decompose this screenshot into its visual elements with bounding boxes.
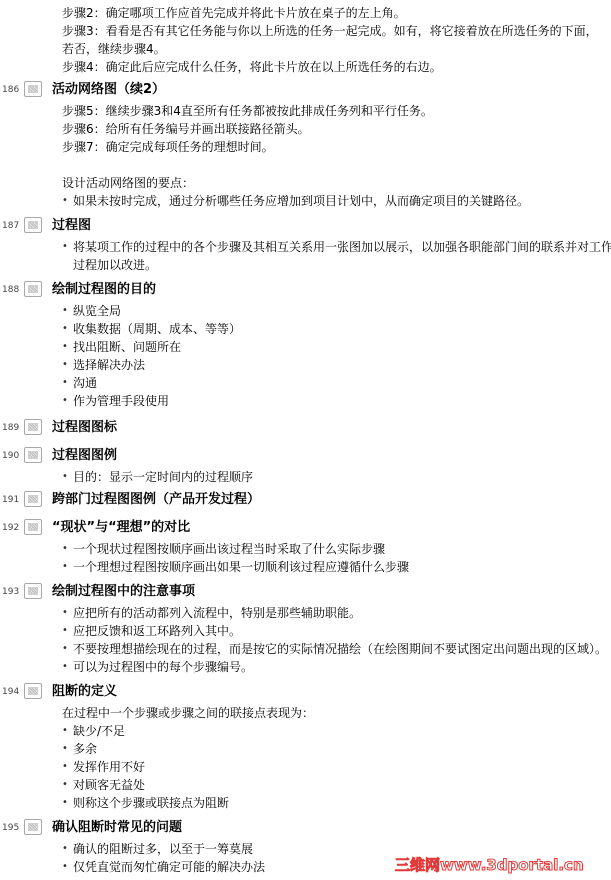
bullet-item: 如果未按时完成，通过分析哪些任务应增加到项目计划中，从而确定项目的关键路径。 [62, 192, 611, 210]
slide-192: 192 “现状”与“理想”的对比 一个现状过程图按顺序画出该过程当时采取了什么实… [0, 516, 611, 576]
slide-number: 195 [2, 823, 22, 833]
slide-thumbnail-icon[interactable] [24, 819, 42, 835]
slide-title: 过程图图标 [52, 419, 117, 437]
bullet-item: 发挥作用不好 [62, 758, 611, 776]
slide-title: 绘制过程图中的注意事项 [52, 583, 195, 601]
slide-190: 190 过程图图例 目的：显示一定时间内的过程顺序 [0, 444, 611, 486]
slide-186: 186 活动网络图（续2） 步骤5：继续步骤3和4直至所有任务都被按此排成任务列… [0, 78, 611, 210]
slide-title: 确认阻断时常见的问题 [52, 819, 182, 837]
bullet-item: 纵览全局 [62, 302, 611, 320]
slide-number: 189 [2, 423, 22, 433]
slide-number: 194 [2, 687, 22, 697]
slide-thumbnail-icon[interactable] [24, 491, 42, 507]
slide-outline-page: 步骤2：确定哪项工作应首先完成并将此卡片放在桌子的左上角。 步骤3：看看是否有其… [0, 0, 611, 876]
slide-187: 187 过程图 将某项工作的过程中的各个步骤及其相互关系用一张图加以展示，以加强… [0, 214, 611, 274]
slide-thumbnail-icon[interactable] [24, 419, 42, 435]
bullet-item: 选择解决办法 [62, 356, 611, 374]
slide-191: 191 跨部门过程图图例（产品开发过程） [0, 488, 611, 512]
definition-intro: 在过程中一个步骤或步骤之间的联接点表现为： [62, 704, 611, 722]
key-points-heading: 设计活动网络图的要点： [62, 174, 611, 192]
bullet-item: 一个理想过程图按顺序画出如果一切顺利该过程应遵循什么步骤 [62, 558, 611, 576]
bullet-item: 应把反馈和返工环路列入其中。 [62, 622, 611, 640]
slide-title: 绘制过程图的目的 [52, 281, 156, 299]
bullet-item: 对顾客无益处 [62, 776, 611, 794]
slide-title: 阻断的定义 [52, 683, 117, 701]
slide-number: 192 [2, 523, 22, 533]
slide-title: “现状”与“理想”的对比 [52, 519, 190, 537]
step-2-text: 步骤2：确定哪项工作应首先完成并将此卡片放在桌子的左上角。 [62, 4, 611, 22]
slide-185-continued-body: 步骤2：确定哪项工作应首先完成并将此卡片放在桌子的左上角。 步骤3：看看是否有其… [0, 0, 611, 76]
bullet-item: 将某项工作的过程中的各个步骤及其相互关系用一张图加以展示，以加强各职能部门间的联… [62, 238, 611, 274]
slide-number: 188 [2, 285, 22, 295]
bullet-item: 缺少/不足 [62, 722, 611, 740]
step-6-text: 步骤6：给所有任务编号并画出联接路径箭头。 [62, 120, 611, 138]
bullet-item: 应把所有的活动都列入流程中，特别是那些辅助职能。 [62, 604, 611, 622]
step-3-text: 步骤3：看看是否有其它任务能与你以上所选的任务一起完成。如有，将它接着放在所选任… [62, 22, 602, 58]
slide-188: 188 绘制过程图的目的 纵览全局 收集数据（周期、成本、等等） 找出阻断、问题… [0, 278, 611, 410]
step-7-text: 步骤7：确定完成每项任务的理想时间。 [62, 138, 611, 156]
slide-thumbnail-icon[interactable] [24, 519, 42, 535]
bullet-item: 可以为过程图中的每个步骤编号。 [62, 658, 611, 676]
slide-thumbnail-icon[interactable] [24, 683, 42, 699]
slide-number: 193 [2, 587, 22, 597]
slide-193: 193 绘制过程图中的注意事项 应把所有的活动都列入流程中，特别是那些辅助职能。… [0, 580, 611, 676]
slide-title: 活动网络图（续2） [52, 81, 165, 99]
site-watermark: 三维网www.3dportal.cn [395, 854, 584, 875]
bullet-item: 沟通 [62, 374, 611, 392]
bullet-item: 不要按理想描绘现在的过程，而是按它的实际情况描绘（在绘图期间不要试图定出问题出现… [62, 640, 611, 658]
slide-title: 过程图 [52, 217, 91, 235]
slide-number: 190 [2, 451, 22, 461]
slide-thumbnail-icon[interactable] [24, 281, 42, 297]
bullet-item: 作为管理手段使用 [62, 392, 611, 410]
slide-thumbnail-icon[interactable] [24, 217, 42, 233]
bullet-item: 一个现状过程图按顺序画出该过程当时采取了什么实际步骤 [62, 540, 611, 558]
slide-thumbnail-icon[interactable] [24, 583, 42, 599]
slide-194: 194 阻断的定义 在过程中一个步骤或步骤之间的联接点表现为： 缺少/不足 多余… [0, 680, 611, 812]
bullet-item: 收集数据（周期、成本、等等） [62, 320, 611, 338]
bullet-item: 多余 [62, 740, 611, 758]
blank-line [62, 156, 611, 174]
slide-189: 189 过程图图标 [0, 416, 611, 440]
slide-thumbnail-icon[interactable] [24, 447, 42, 463]
step-4-text: 步骤4：确定此后应完成什么任务，将此卡片放在以上所选任务的右边。 [62, 58, 611, 76]
slide-number: 187 [2, 221, 22, 231]
slide-number: 186 [2, 85, 22, 95]
slide-title: 过程图图例 [52, 447, 117, 465]
slide-number: 191 [2, 495, 22, 505]
slide-title: 跨部门过程图图例（产品开发过程） [52, 491, 260, 509]
bullet-item: 目的：显示一定时间内的过程顺序 [62, 468, 611, 486]
bullet-item: 则称这个步骤或联接点为阻断 [62, 794, 611, 812]
bullet-item: 找出阻断、问题所在 [62, 338, 611, 356]
step-5-text: 步骤5：继续步骤3和4直至所有任务都被按此排成任务列和平行任务。 [62, 102, 611, 120]
slide-thumbnail-icon[interactable] [24, 81, 42, 97]
